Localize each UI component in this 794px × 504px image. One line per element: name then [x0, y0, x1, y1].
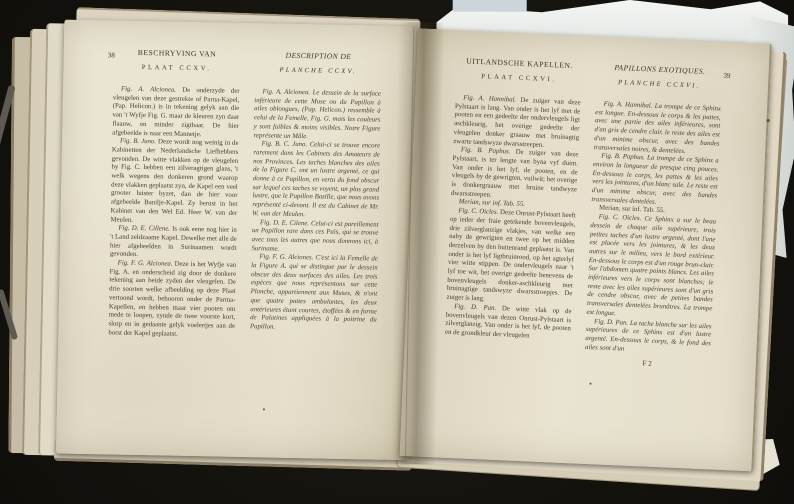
- paper-speck: [589, 383, 591, 385]
- running-title: PAPILLONS EXOTIQUES.: [597, 62, 723, 76]
- tissue-paper-strip: [453, 0, 527, 12]
- running-title: DESCRIPTION DE: [255, 50, 382, 61]
- paragraph: Fig. A. Hannibal. De zuiger van deze Pyl…: [453, 94, 581, 152]
- paragraph: Fig. A. Alcionea. De onderzyde der vleug…: [112, 85, 239, 140]
- paragraph: Fig. A. Alcionea. Le dessein de la surfa…: [254, 88, 381, 143]
- plate-title: PLANCHE CCXV.: [255, 66, 382, 75]
- paragraph: Fig. F. G. Alcionea. Deze is het Wyfje v…: [108, 259, 236, 340]
- left-page-columns: BESCHRYVING VAN PLAAT CCXV. Fig. A. Alci…: [58, 20, 418, 344]
- paragraph: Fig. B. Paphus. De zuiger van deze Pylst…: [451, 146, 579, 204]
- paragraph: Fig. C. Oicles. Ce Sphinx a sur le beau …: [586, 213, 716, 323]
- paragraph: Fig. B. C. Juno. Celui-ci se trouve enco…: [252, 140, 380, 221]
- column-body: Fig. A. Hannibal. De zuiger van deze Pyl…: [445, 94, 581, 343]
- paragraph: Fig. B. Juno. Deze wordt nog weinig in d…: [110, 138, 238, 227]
- book-spread: 38 BESCHRYVING VAN PLAAT CCXV. Fig. A. A…: [0, 0, 794, 504]
- running-title: BESCHRYVING VAN: [114, 47, 241, 58]
- plate-title: PLAAT CCXV.: [113, 63, 240, 72]
- french-column-left-page: DESCRIPTION DE PLANCHE CCXV. Fig. A. Alc…: [250, 50, 382, 343]
- right-page-columns: UITLANDSCHE KAPELLEN. PLAAT CCXVI. Fig. …: [404, 28, 770, 373]
- page-number-right: 39: [723, 72, 731, 80]
- paper-speck: [767, 119, 770, 122]
- paragraph: Fig. D. Pan. De witte vlak op de bovenvl…: [445, 303, 572, 343]
- french-column-right-page: PAPILLONS EXOTIQUES. PLANCHE CCXVI. Fig.…: [584, 62, 723, 371]
- column-body: Fig. A. Alcionea. Le dessein de la surfa…: [250, 88, 381, 334]
- left-page: 38 BESCHRYVING VAN PLAAT CCXV. Fig. A. A…: [56, 20, 418, 461]
- paragraph: Fig. D. E. Cillene. Is ook eene nog hier…: [110, 225, 237, 262]
- page-number-left: 38: [108, 51, 115, 59]
- gutter-shadow: [390, 22, 444, 465]
- paragraph: Fig. D. E. Cilene. Celui-ci est pareille…: [251, 219, 378, 256]
- plate-title: PLAAT CCXVI.: [456, 72, 582, 84]
- plate-title: PLANCHE CCXVI.: [596, 78, 722, 90]
- paragraph: Fig. B. Paphus. La trompe de ce Sphinx a…: [591, 152, 719, 210]
- paragraph: Fig. D. Pan. La tache blanche sur les ai…: [585, 317, 712, 357]
- signature-mark: F 2: [584, 357, 710, 371]
- running-title: UITLANDSCHE KAPELLEN.: [457, 56, 583, 70]
- paragraph: Fig. F. G. Alciones. C'est ici la Femell…: [250, 254, 378, 335]
- paper-speck: [263, 408, 265, 410]
- dutch-column-left-page: BESCHRYVING VAN PLAAT CCXV. Fig. A. Alci…: [108, 47, 240, 340]
- right-page: 39 UITLANDSCHE KAPELLEN. PLAAT CCXVI. Fi…: [400, 28, 772, 471]
- paragraph: Fig. C. Oicles. Deze Onrust-Pylstaart he…: [446, 207, 576, 308]
- column-body: Fig. A. Hannibal. La trompe de ce Sphinx…: [584, 100, 721, 371]
- column-body: Fig. A. Alcionea. De onderzyde der vleug…: [108, 85, 239, 340]
- dutch-column-right-page: UITLANDSCHE KAPELLEN. PLAAT CCXVI. Fig. …: [444, 56, 583, 365]
- photo-background: 38 BESCHRYVING VAN PLAAT CCXV. Fig. A. A…: [0, 0, 794, 504]
- paragraph: Fig. A. Hannibal. La trompe de ce Sphinx…: [594, 100, 722, 158]
